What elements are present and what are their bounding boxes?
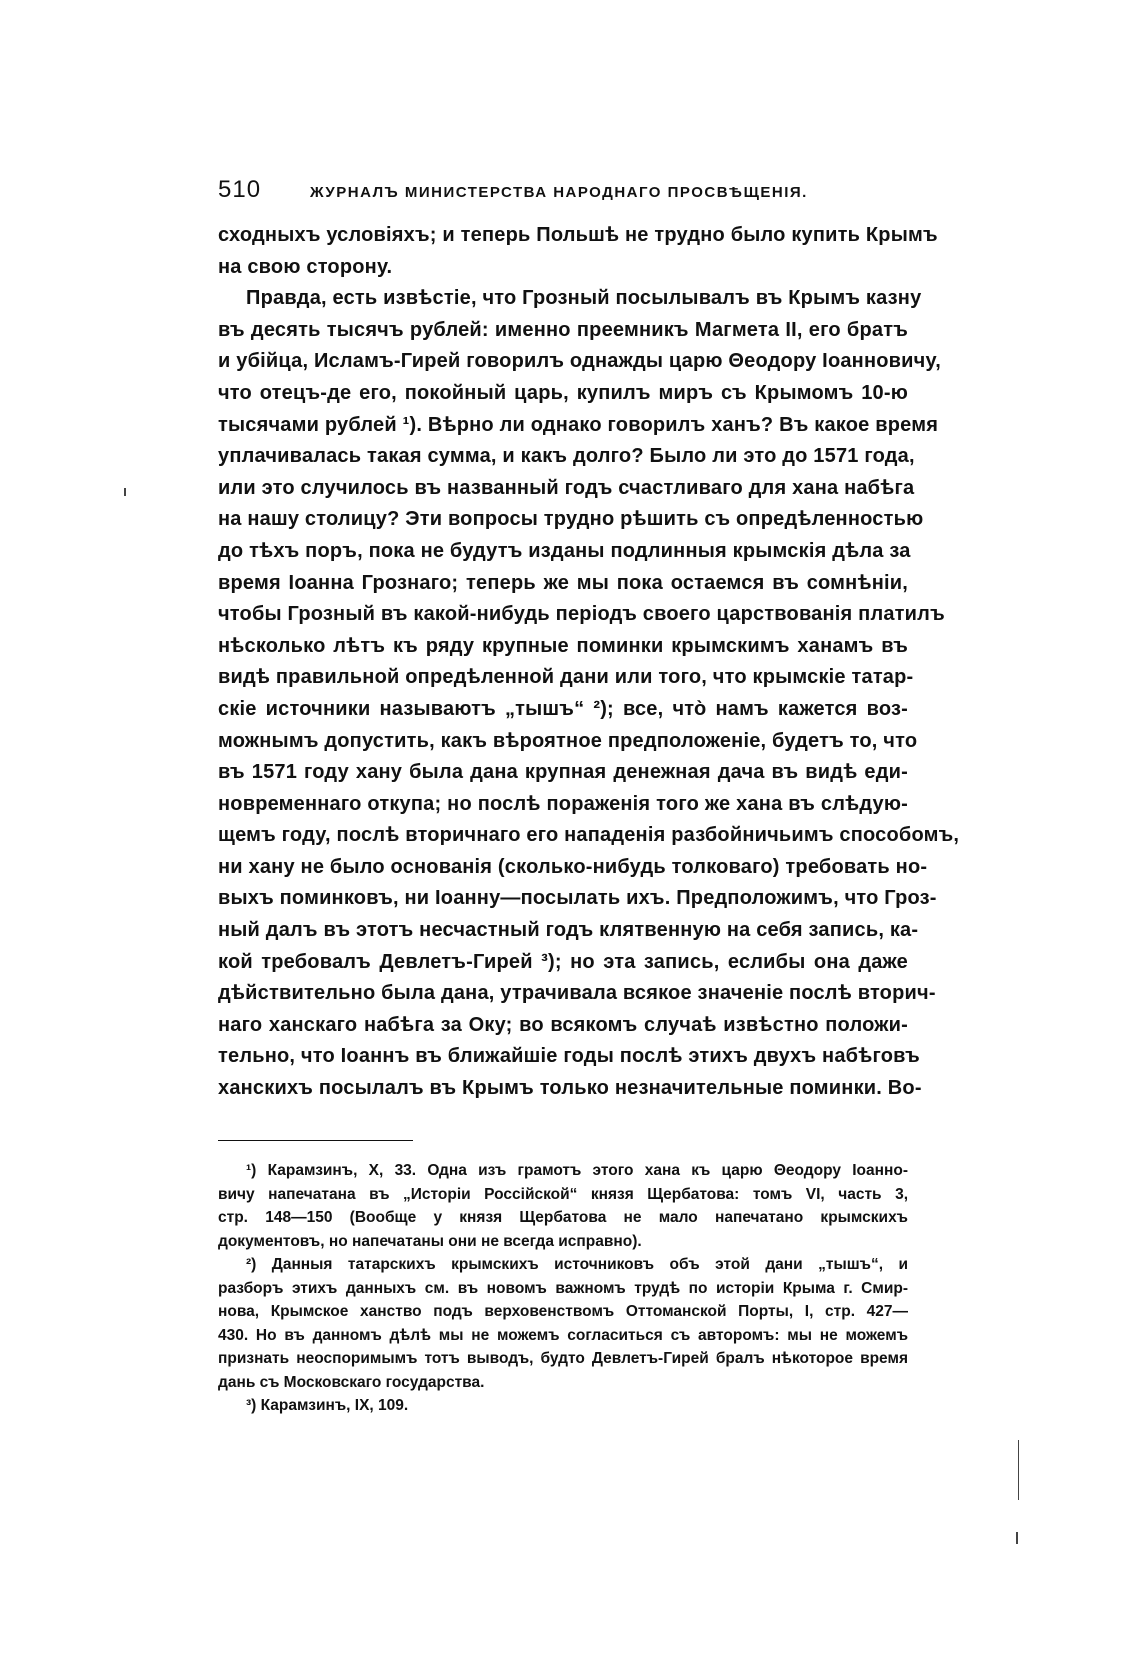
- text-line: до тѣхъ поръ, пока не будутъ изданы подл…: [218, 536, 908, 568]
- scan-mark: [1018, 1440, 1019, 1500]
- text-line: дѣйствительно была дана, утрачивала всяк…: [218, 978, 908, 1010]
- text-line: на свою сторону.: [218, 252, 908, 284]
- main-text: сходныхъ условіяхъ; и теперь Польшѣ не т…: [218, 220, 908, 1105]
- document-page: 510 ЖУРНАЛЪ МИНИСТЕРСТВА НАРОДНАГО ПРОСВ…: [218, 176, 908, 1418]
- text-line: уплачивалась такая сумма, и какъ долго? …: [218, 441, 908, 473]
- text-line: тельно, что Іоаннъ въ ближайшіе годы пос…: [218, 1041, 908, 1073]
- text-line: сходныхъ условіяхъ; и теперь Польшѣ не т…: [218, 220, 908, 252]
- footnote-divider: [218, 1140, 413, 1142]
- text-line: тысячами рублей ¹). Вѣрно ли однако гово…: [218, 410, 908, 442]
- text-line: ный далъ въ этотъ несчастный годъ клятве…: [218, 915, 908, 947]
- text-line: наго ханскаго набѣга за Оку; во всякомъ …: [218, 1010, 908, 1042]
- text-line: и убійца, Исламъ-Гирей говорилъ однажды …: [218, 346, 908, 378]
- footnote-2-line: разборъ этихъ данныхъ см. въ новомъ важн…: [218, 1277, 908, 1301]
- text-line: скіе источники называютъ „тышъ“ ²); все,…: [218, 694, 908, 726]
- text-line: новременнаго откупа; но послѣ пораженія …: [218, 789, 908, 821]
- scan-mark: [124, 488, 126, 496]
- text-line: можнымъ допустить, какъ вѣроятное предпо…: [218, 726, 908, 758]
- footnote-1-line: документовъ, но напечатаны они не всегда…: [218, 1230, 908, 1254]
- footnote-1-line: вичу напечатана въ „Исторіи Россійской“ …: [218, 1183, 908, 1207]
- text-line: ханскихъ посылалъ въ Крымъ только незнач…: [218, 1073, 908, 1105]
- footnote-2-line: нова, Крымское ханство подъ верховенство…: [218, 1300, 908, 1324]
- text-line: выхъ поминковъ, ни Іоанну—посылать ихъ. …: [218, 883, 908, 915]
- text-line: на нашу столицу? Эти вопросы трудно рѣши…: [218, 504, 908, 536]
- text-line: чтобы Грозный въ какой-нибудь періодъ св…: [218, 599, 908, 631]
- footnote-2-line: дань съ Московскаго государства.: [218, 1371, 908, 1395]
- running-title: ЖУРНАЛЪ МИНИСТЕРСТВА НАРОДНАГО ПРОСВѢЩЕН…: [310, 184, 808, 201]
- text-line: ни хану не было основанія (сколько-нибуд…: [218, 852, 908, 884]
- footnote-2-line: признать неоспоримымъ тотъ выводъ, будто…: [218, 1347, 908, 1371]
- text-line: въ десять тысячъ рублей: именно преемник…: [218, 315, 908, 347]
- text-line: видѣ правильной опредѣленной дани или то…: [218, 662, 908, 694]
- footnote-2-line: ²) Данныя татарскихъ крымскихъ источнико…: [218, 1253, 908, 1277]
- page-header: 510 ЖУРНАЛЪ МИНИСТЕРСТВА НАРОДНАГО ПРОСВ…: [218, 176, 908, 216]
- text-line: въ 1571 году хану была дана крупная дене…: [218, 757, 908, 789]
- text-line: нѣсколько лѣтъ къ ряду крупные поминки к…: [218, 631, 908, 663]
- footnote-3-line: ³) Карамзинъ, IX, 109.: [218, 1394, 908, 1418]
- text-line: кой требовалъ Девлетъ-Гирей ³); но эта з…: [218, 947, 908, 979]
- text-line: или это случилось въ названный годъ счас…: [218, 473, 908, 505]
- text-line: щемъ году, послѣ вторичнаго его нападені…: [218, 820, 908, 852]
- text-line: Правда, есть извѣстіе, что Грозный посыл…: [218, 283, 908, 315]
- text-line: что отецъ-де его, покойный царь, купилъ …: [218, 378, 908, 410]
- footnote-1-line: ¹) Карамзинъ, X, 33. Одна изъ грамотъ эт…: [218, 1159, 908, 1183]
- footnote-2-line: 430. Но въ данномъ дѣлѣ мы не можемъ сог…: [218, 1324, 908, 1348]
- text-line: время Іоанна Грознаго; теперь же мы пока…: [218, 568, 908, 600]
- footnote-1-line: стр. 148—150 (Вообще у князя Щербатова н…: [218, 1206, 908, 1230]
- scan-mark: [1016, 1532, 1018, 1544]
- page-number: 510: [218, 176, 278, 204]
- footnotes: ¹) Карамзинъ, X, 33. Одна изъ грамотъ эт…: [218, 1159, 908, 1418]
